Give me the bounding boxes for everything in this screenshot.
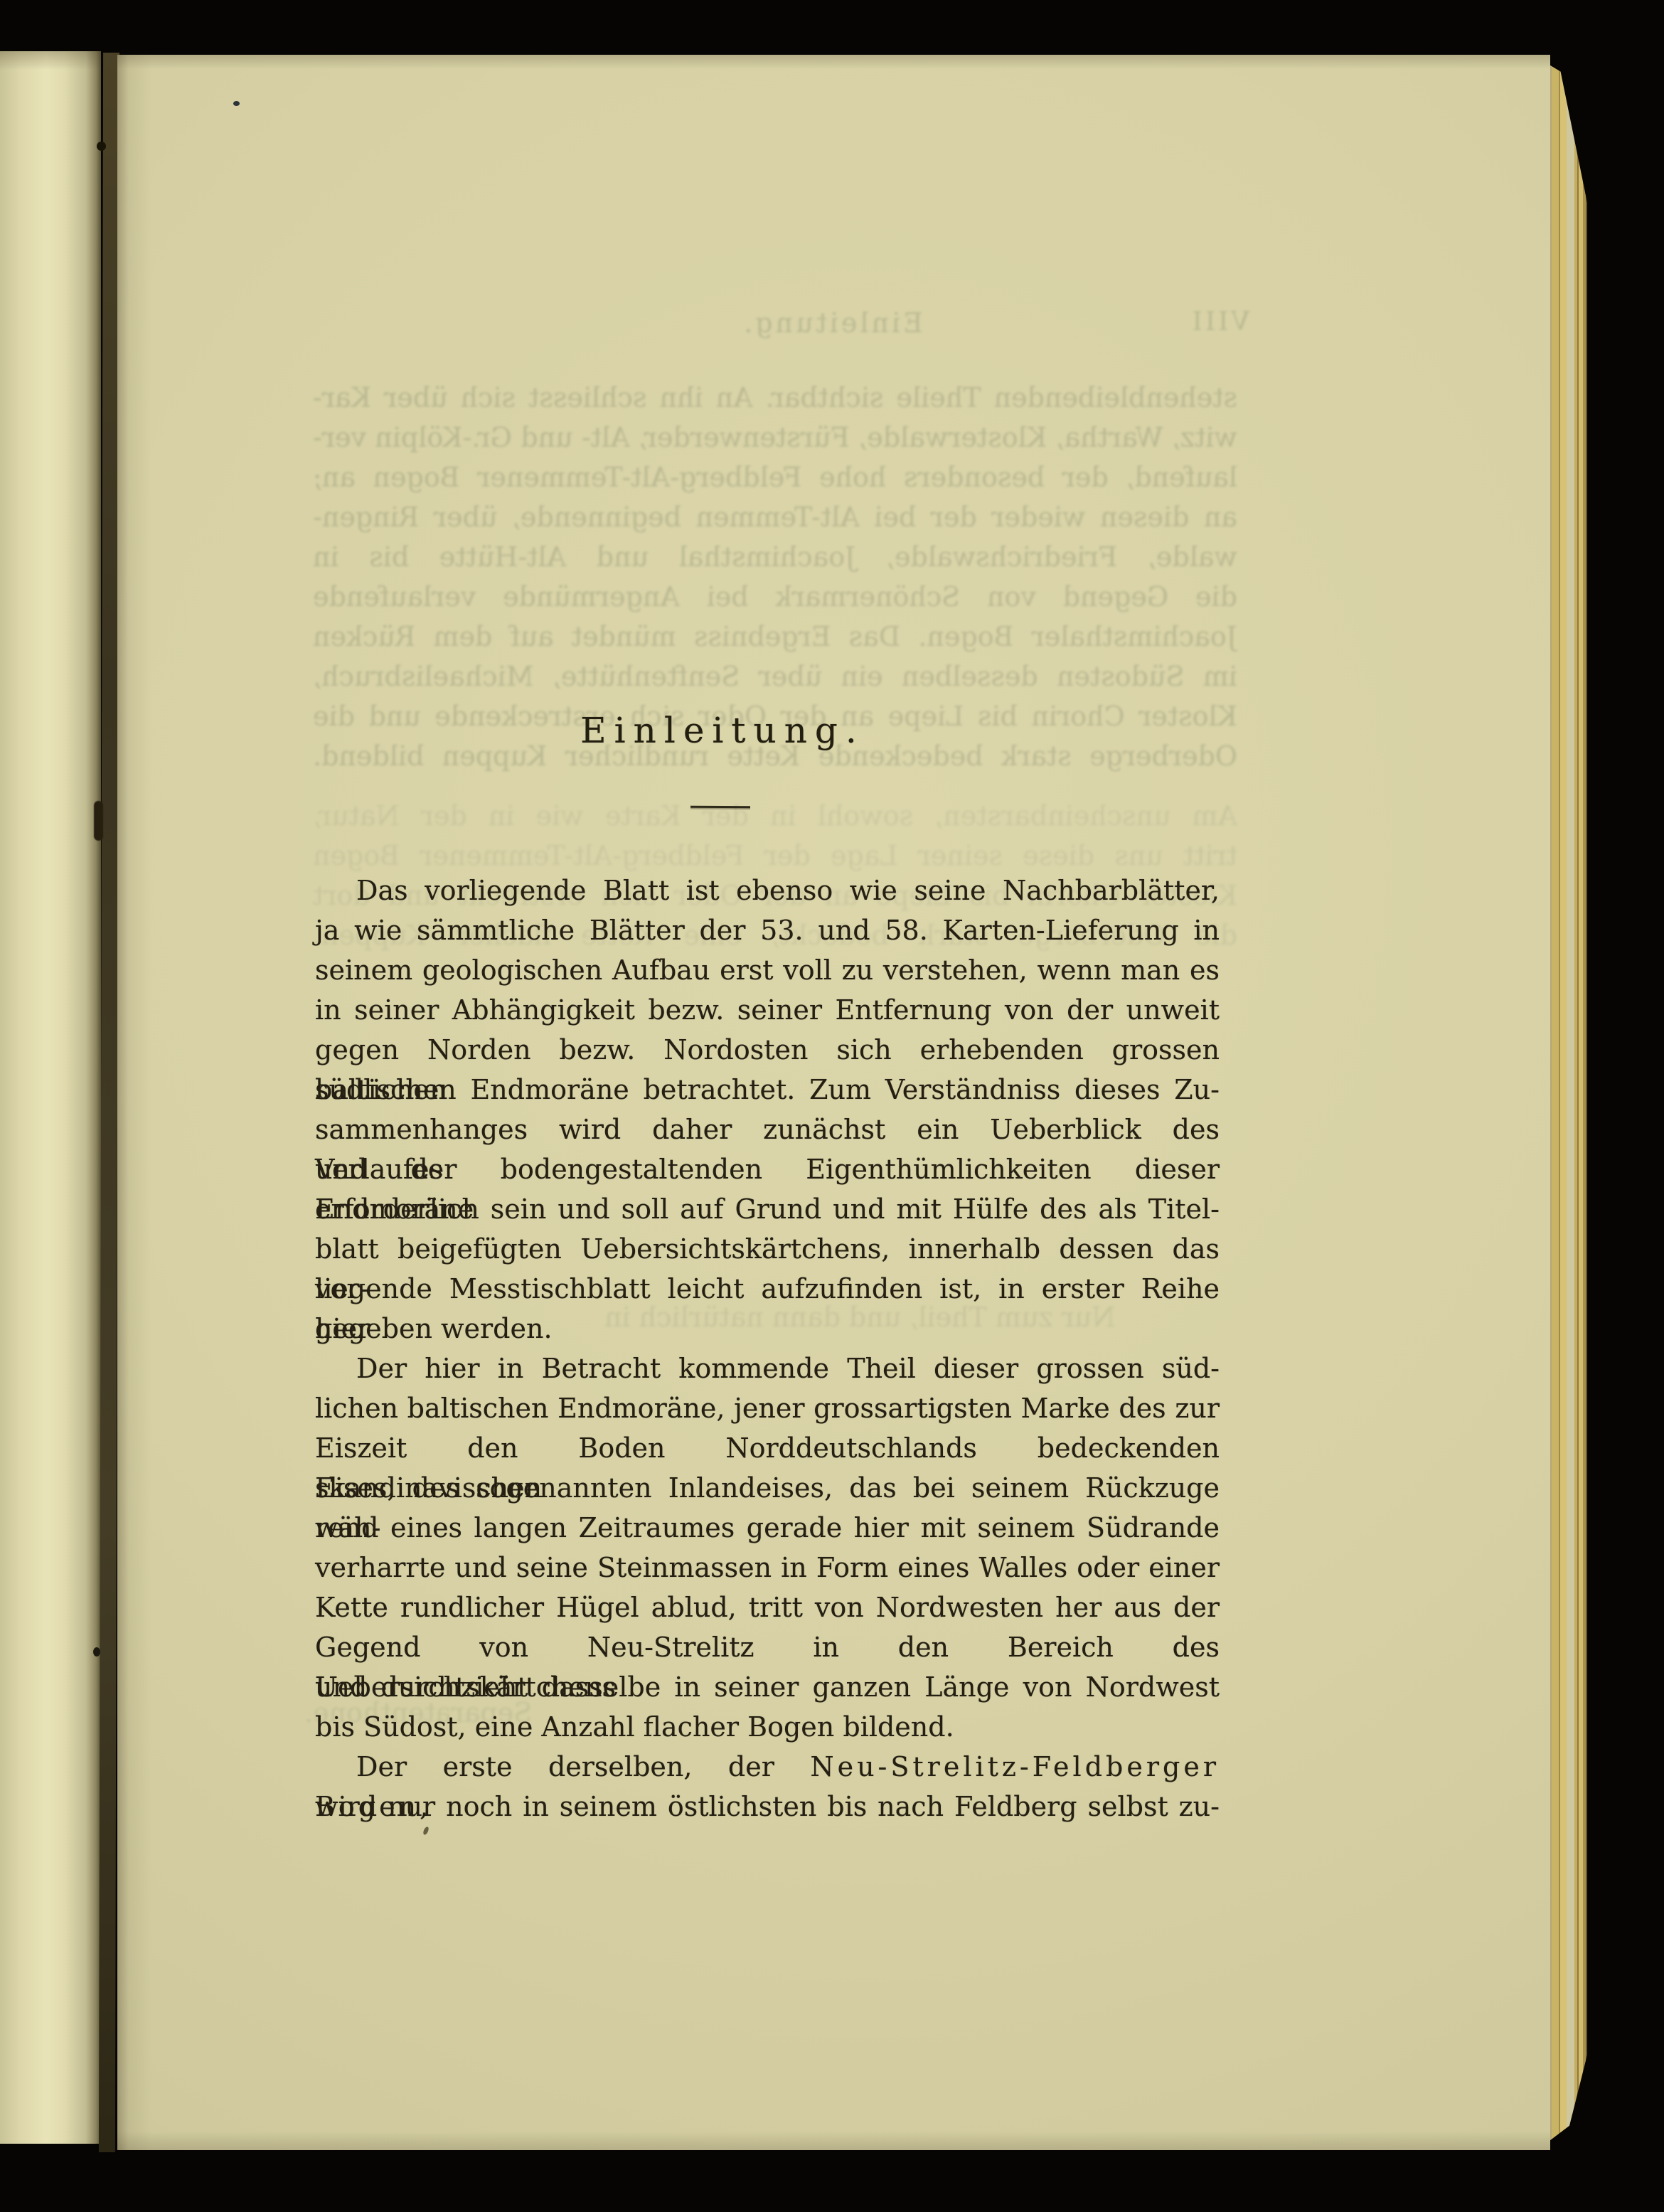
body-line: rend eines langen Zeitraumes gerade hier…	[315, 1508, 1220, 1548]
body-line: verharrte und seine Steinmassen in Form …	[315, 1548, 1220, 1588]
body-line: Eiszeit den Boden Norddeutschlands bedec…	[315, 1428, 1220, 1468]
bleedthrough-line: die Gegend von Schönermark bei Angermünd…	[313, 577, 1237, 617]
bleedthrough-line: Am unscheinbarsten, sowohl in der Karte …	[313, 796, 1237, 836]
gutter-ink-blob	[94, 801, 103, 841]
body-line: Kette rundlicher Hügel ablud, tritt von …	[315, 1588, 1220, 1627]
body-line-text: Der erste derselben, der	[356, 1751, 810, 1782]
body-line: Der hier in Betracht kommende Theil dies…	[315, 1349, 1220, 1388]
facing-page-edge	[0, 51, 101, 2144]
body-line: und durchzieht dasselbe in seiner ganzen…	[315, 1667, 1220, 1707]
body-line: blatt beigefügten Uebersichtskärtchens, …	[315, 1229, 1220, 1269]
bleedthrough-line: tritt uns diese seiner Lage der Feldberg…	[313, 836, 1237, 876]
body-line: gegen Norden bezw. Nordosten sich erhebe…	[315, 1030, 1220, 1070]
heading-rule	[690, 806, 750, 808]
book-gutter	[99, 53, 119, 2152]
bleedthrough-line: laufend, der besonders hohe Feldberg-Alt…	[313, 457, 1237, 497]
ink-speck	[233, 101, 240, 106]
bleedthrough-line: an diesen wieder der bei Alt-Temmen begi…	[313, 497, 1237, 537]
body-text: Das vorliegende Blatt ist ebenso wie sei…	[315, 871, 1220, 1827]
body-line: sammenhanges wird daher zunächst ein Ueb…	[315, 1110, 1220, 1149]
chapter-heading: Einleitung.	[315, 710, 1130, 751]
bleedthrough-line: Joachimsthaler Bogen. Das Ergebniss münd…	[313, 617, 1237, 656]
page-edge-stack	[1550, 61, 1587, 2142]
book-scan: Einleitung. VIII stehenbleibenden Theile…	[0, 0, 1664, 2212]
body-line: bis Südost, eine Anzahl flacher Bogen bi…	[315, 1707, 1220, 1747]
body-line: Das vorliegende Blatt ist ebenso wie sei…	[315, 871, 1220, 910]
body-line: wird nur noch in seinem östlichsten bis …	[315, 1787, 1220, 1827]
body-line: liegende Messtischblatt leicht aufzufind…	[315, 1269, 1220, 1309]
body-line: Der erste derselben, der Neu-Strelitz-Fe…	[315, 1747, 1220, 1787]
gutter-ink-dot	[97, 142, 106, 151]
bleedthrough-line: stehenbleibenden Theile sichtbar. An ihn…	[313, 378, 1237, 418]
bleedthrough-running-header: Einleitung.	[740, 307, 924, 339]
body-line: seinem geologischen Aufbau erst voll zu …	[315, 950, 1220, 990]
bleedthrough-line: witz, Wartha, Klosterwalde, Fürstenwerde…	[313, 418, 1237, 457]
body-line: baltischen Endmoräne betrachtet. Zum Ver…	[315, 1070, 1220, 1110]
gutter-ink-dot	[93, 1647, 100, 1657]
body-line: Gegend von Neu-Strelitz in den Bereich d…	[315, 1627, 1220, 1667]
bleedthrough-line: walde, Friedrichswalde, Joachimsthal und…	[313, 537, 1237, 577]
body-line: und der bodengestaltenden Eigenthümlichk…	[315, 1149, 1220, 1189]
body-line: Eises, des sogenannten Inlandeises, das …	[315, 1468, 1220, 1508]
bleedthrough-line: im Südosten desselben ein über Senftenhü…	[313, 656, 1237, 696]
body-line: in seiner Abhängigkeit bezw. seiner Entf…	[315, 990, 1220, 1030]
bleedthrough-folio-number: VIII	[1177, 307, 1262, 336]
body-line: ja wie sämmtliche Blätter der 53. und 58…	[315, 910, 1220, 950]
body-line: erforderlich sein und soll auf Grund und…	[315, 1189, 1220, 1229]
body-line: lichen baltischen Endmoräne, jener gross…	[315, 1388, 1220, 1428]
body-line: gegeben werden.	[315, 1309, 1220, 1349]
